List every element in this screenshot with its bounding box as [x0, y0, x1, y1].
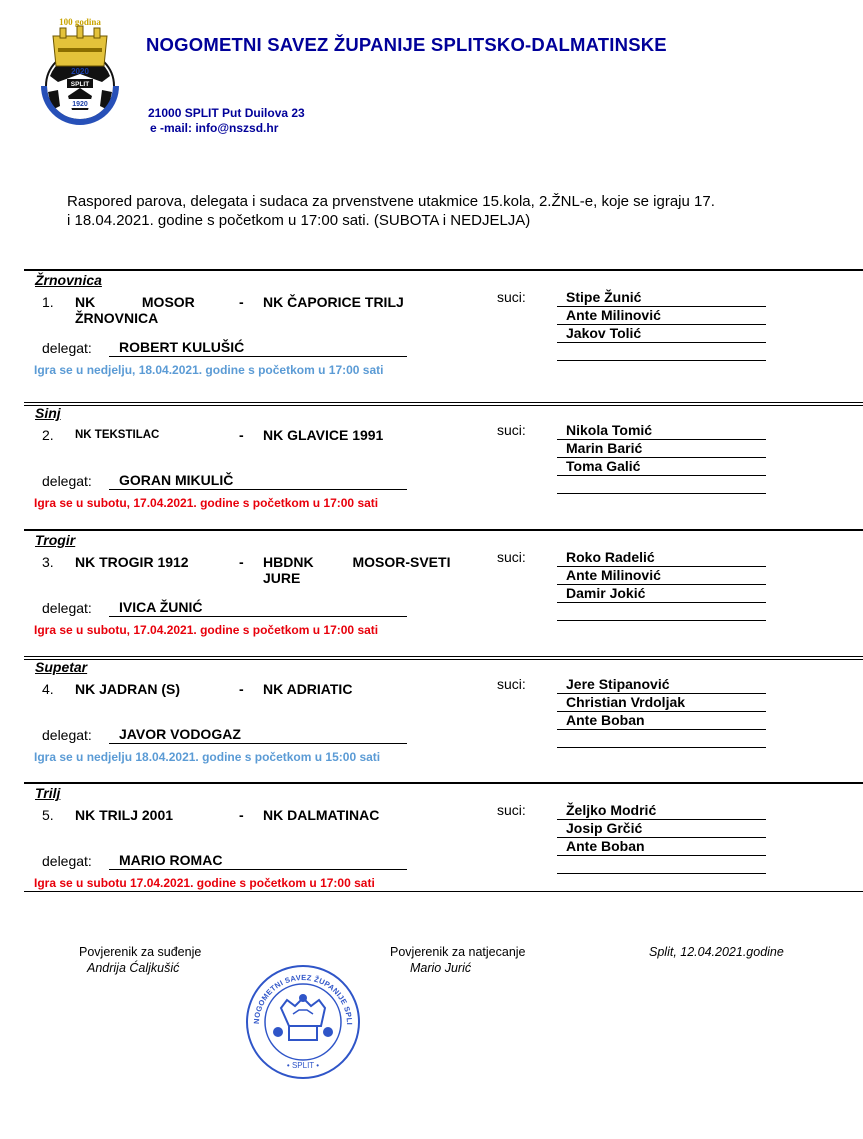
away-team: NK ČAPORICE TRILJ — [263, 294, 404, 310]
svg-text:• SPLIT •: • SPLIT • — [287, 1061, 319, 1070]
association-logo: 100 godina 2020 SPLIT 1920 — [40, 14, 120, 126]
section-divider — [24, 529, 863, 531]
referee-field — [557, 856, 766, 874]
delegate-name: JAVOR VODOGAZ — [119, 726, 241, 742]
away-team: HBDNK MOSOR-SVETIJURE — [263, 554, 450, 586]
referee-name: Toma Galić — [566, 458, 640, 474]
referee-field: Josip Grčić — [557, 820, 766, 838]
referee-name: Damir Jokić — [566, 585, 645, 601]
referee-name: Jakov Tolić — [566, 325, 641, 341]
match-section: Supetar4.NK JADRAN (S)-NK ADRIATICdelega… — [0, 656, 863, 776]
delegate-name: ROBERT KULUŠIĆ — [119, 339, 244, 355]
schedule-intro: Raspored parova, delegata i sudaca za pr… — [67, 192, 807, 230]
referees-label: suci: — [497, 549, 526, 565]
delegate-label: delegat: — [42, 340, 92, 356]
referees-label: suci: — [497, 289, 526, 305]
away-team: NK ADRIATIC — [263, 681, 352, 697]
organization-address: 21000 SPLIT Put Duilova 23 — [148, 106, 305, 120]
official-stamp: NOGOMETNI SAVEZ ŽUPANIJE SPLITSKO-DALMAT… — [243, 962, 363, 1080]
versus-dash: - — [239, 294, 244, 310]
svg-text:1920: 1920 — [72, 101, 88, 108]
section-divider — [24, 656, 863, 657]
referee-name: Roko Radelić — [566, 549, 655, 565]
delegate-field: GORAN MIKULIČ — [109, 472, 407, 490]
referee-commissioner-name: Andrija Ćaljkušić — [87, 961, 179, 975]
match-venue: Sinj — [35, 405, 61, 421]
referee-name: Marin Barić — [566, 440, 642, 456]
referee-name: Ante Boban — [566, 712, 645, 728]
referee-field: Marin Barić — [557, 440, 766, 458]
delegate-field: ROBERT KULUŠIĆ — [109, 339, 407, 357]
play-info: Igra se u nedjelju, 18.04.2021. godine s… — [34, 363, 383, 377]
delegate-label: delegat: — [42, 473, 92, 489]
section-divider — [24, 402, 863, 403]
referee-name: Nikola Tomić — [566, 422, 652, 438]
match-number: 4. — [42, 681, 54, 697]
delegate-name: IVICA ŽUNIĆ — [119, 599, 202, 615]
referee-name: Josip Grčić — [566, 820, 642, 836]
delegate-name: MARIO ROMAC — [119, 852, 222, 868]
referee-name: Ante Boban — [566, 838, 645, 854]
home-team: NK TRILJ 2001 — [75, 807, 173, 823]
referee-field: Stipe Žunić — [557, 289, 766, 307]
svg-text:2020: 2020 — [71, 67, 89, 76]
referee-field: Christian Vrdoljak — [557, 694, 766, 712]
referee-field: Roko Radelić — [557, 549, 766, 567]
referee-field: Jere Stipanović — [557, 676, 766, 694]
home-team: NK MOSORŽRNOVNICA — [75, 294, 195, 326]
svg-text:NOGOMETNI SAVEZ ŽUPANIJE SPLIT: NOGOMETNI SAVEZ ŽUPANIJE SPLITSKO-DALMAT… — [243, 962, 354, 1025]
competition-commissioner-title: Povjerenik za natjecanje — [390, 945, 526, 959]
referee-field — [557, 343, 766, 361]
referee-field: Željko Modrić — [557, 802, 766, 820]
delegate-field: IVICA ŽUNIĆ — [109, 599, 407, 617]
delegate-label: delegat: — [42, 727, 92, 743]
delegate-name: GORAN MIKULIČ — [119, 472, 233, 488]
referee-field: Toma Galić — [557, 458, 766, 476]
home-team: NK TROGIR 1912 — [75, 554, 189, 570]
match-number: 1. — [42, 294, 54, 310]
delegate-field: JAVOR VODOGAZ — [109, 726, 407, 744]
match-section: Trilj5.NK TRILJ 2001-NK DALMATINACdelega… — [0, 782, 863, 902]
referee-field: Nikola Tomić — [557, 422, 766, 440]
referees-label: suci: — [497, 676, 526, 692]
match-number: 2. — [42, 427, 54, 443]
home-team: NK TEKSTILAC — [75, 429, 159, 441]
referee-commissioner-title: Povjerenik za suđenje — [79, 945, 201, 959]
versus-dash: - — [239, 807, 244, 823]
referee-field: Ante Milinović — [557, 567, 766, 585]
competition-commissioner-name: Mario Jurić — [410, 961, 471, 975]
organization-title: NOGOMETNI SAVEZ ŽUPANIJE SPLITSKO-DALMAT… — [146, 34, 667, 56]
versus-dash: - — [239, 681, 244, 697]
svg-text:SPLIT: SPLIT — [71, 81, 89, 88]
referee-name: Ante Milinović — [566, 567, 661, 583]
play-info: Igra se u subotu, 17.04.2021. godine s p… — [34, 623, 378, 637]
match-section: Žrnovnica1.NK MOSORŽRNOVNICA-NK ČAPORICE… — [0, 269, 863, 389]
match-venue: Supetar — [35, 659, 87, 675]
section-divider — [24, 782, 863, 784]
referee-field — [557, 603, 766, 621]
intro-line-2: i 18.04.2021. godine s početkom u 17:00 … — [67, 211, 807, 230]
match-venue: Trilj — [35, 785, 60, 801]
delegate-field: MARIO ROMAC — [109, 852, 407, 870]
referee-field: Ante Boban — [557, 712, 766, 730]
away-team: NK DALMATINAC — [263, 807, 379, 823]
play-info: Igra se u subotu, 17.04.2021. godine s p… — [34, 496, 378, 510]
referees-label: suci: — [497, 422, 526, 438]
referee-field: Jakov Tolić — [557, 325, 766, 343]
referee-field: Damir Jokić — [557, 585, 766, 603]
section-divider — [24, 269, 863, 271]
referee-name: Ante Milinović — [566, 307, 661, 323]
referee-field: Ante Boban — [557, 838, 766, 856]
referee-field — [557, 476, 766, 494]
away-team: NK GLAVICE 1991 — [263, 427, 383, 443]
place-and-date: Split, 12.04.2021.godine — [649, 945, 784, 959]
intro-line-1: Raspored parova, delegata i sudaca za pr… — [67, 192, 807, 211]
match-number: 3. — [42, 554, 54, 570]
match-number: 5. — [42, 807, 54, 823]
bottom-divider — [24, 891, 863, 892]
match-venue: Trogir — [35, 532, 75, 548]
delegate-label: delegat: — [42, 853, 92, 869]
home-team: NK JADRAN (S) — [75, 681, 180, 697]
versus-dash: - — [239, 554, 244, 570]
referee-field — [557, 730, 766, 748]
versus-dash: - — [239, 427, 244, 443]
play-info: Igra se u nedjelju 18.04.2021. godine s … — [34, 750, 380, 764]
match-section: Trogir3.NK TROGIR 1912-HBDNK MOSOR-SVETI… — [0, 529, 863, 649]
match-venue: Žrnovnica — [35, 272, 102, 288]
referee-name: Jere Stipanović — [566, 676, 670, 692]
referees-label: suci: — [497, 802, 526, 818]
delegate-label: delegat: — [42, 600, 92, 616]
organization-email: e -mail: info@nszsd.hr — [150, 121, 278, 135]
referee-name: Željko Modrić — [566, 802, 656, 818]
play-info: Igra se u subotu 17.04.2021. godine s po… — [34, 876, 375, 890]
match-section: Sinj2.NK TEKSTILAC-NK GLAVICE 1991delega… — [0, 402, 863, 522]
referee-field: Ante Milinović — [557, 307, 766, 325]
referee-name: Stipe Žunić — [566, 289, 641, 305]
referee-name: Christian Vrdoljak — [566, 694, 685, 710]
